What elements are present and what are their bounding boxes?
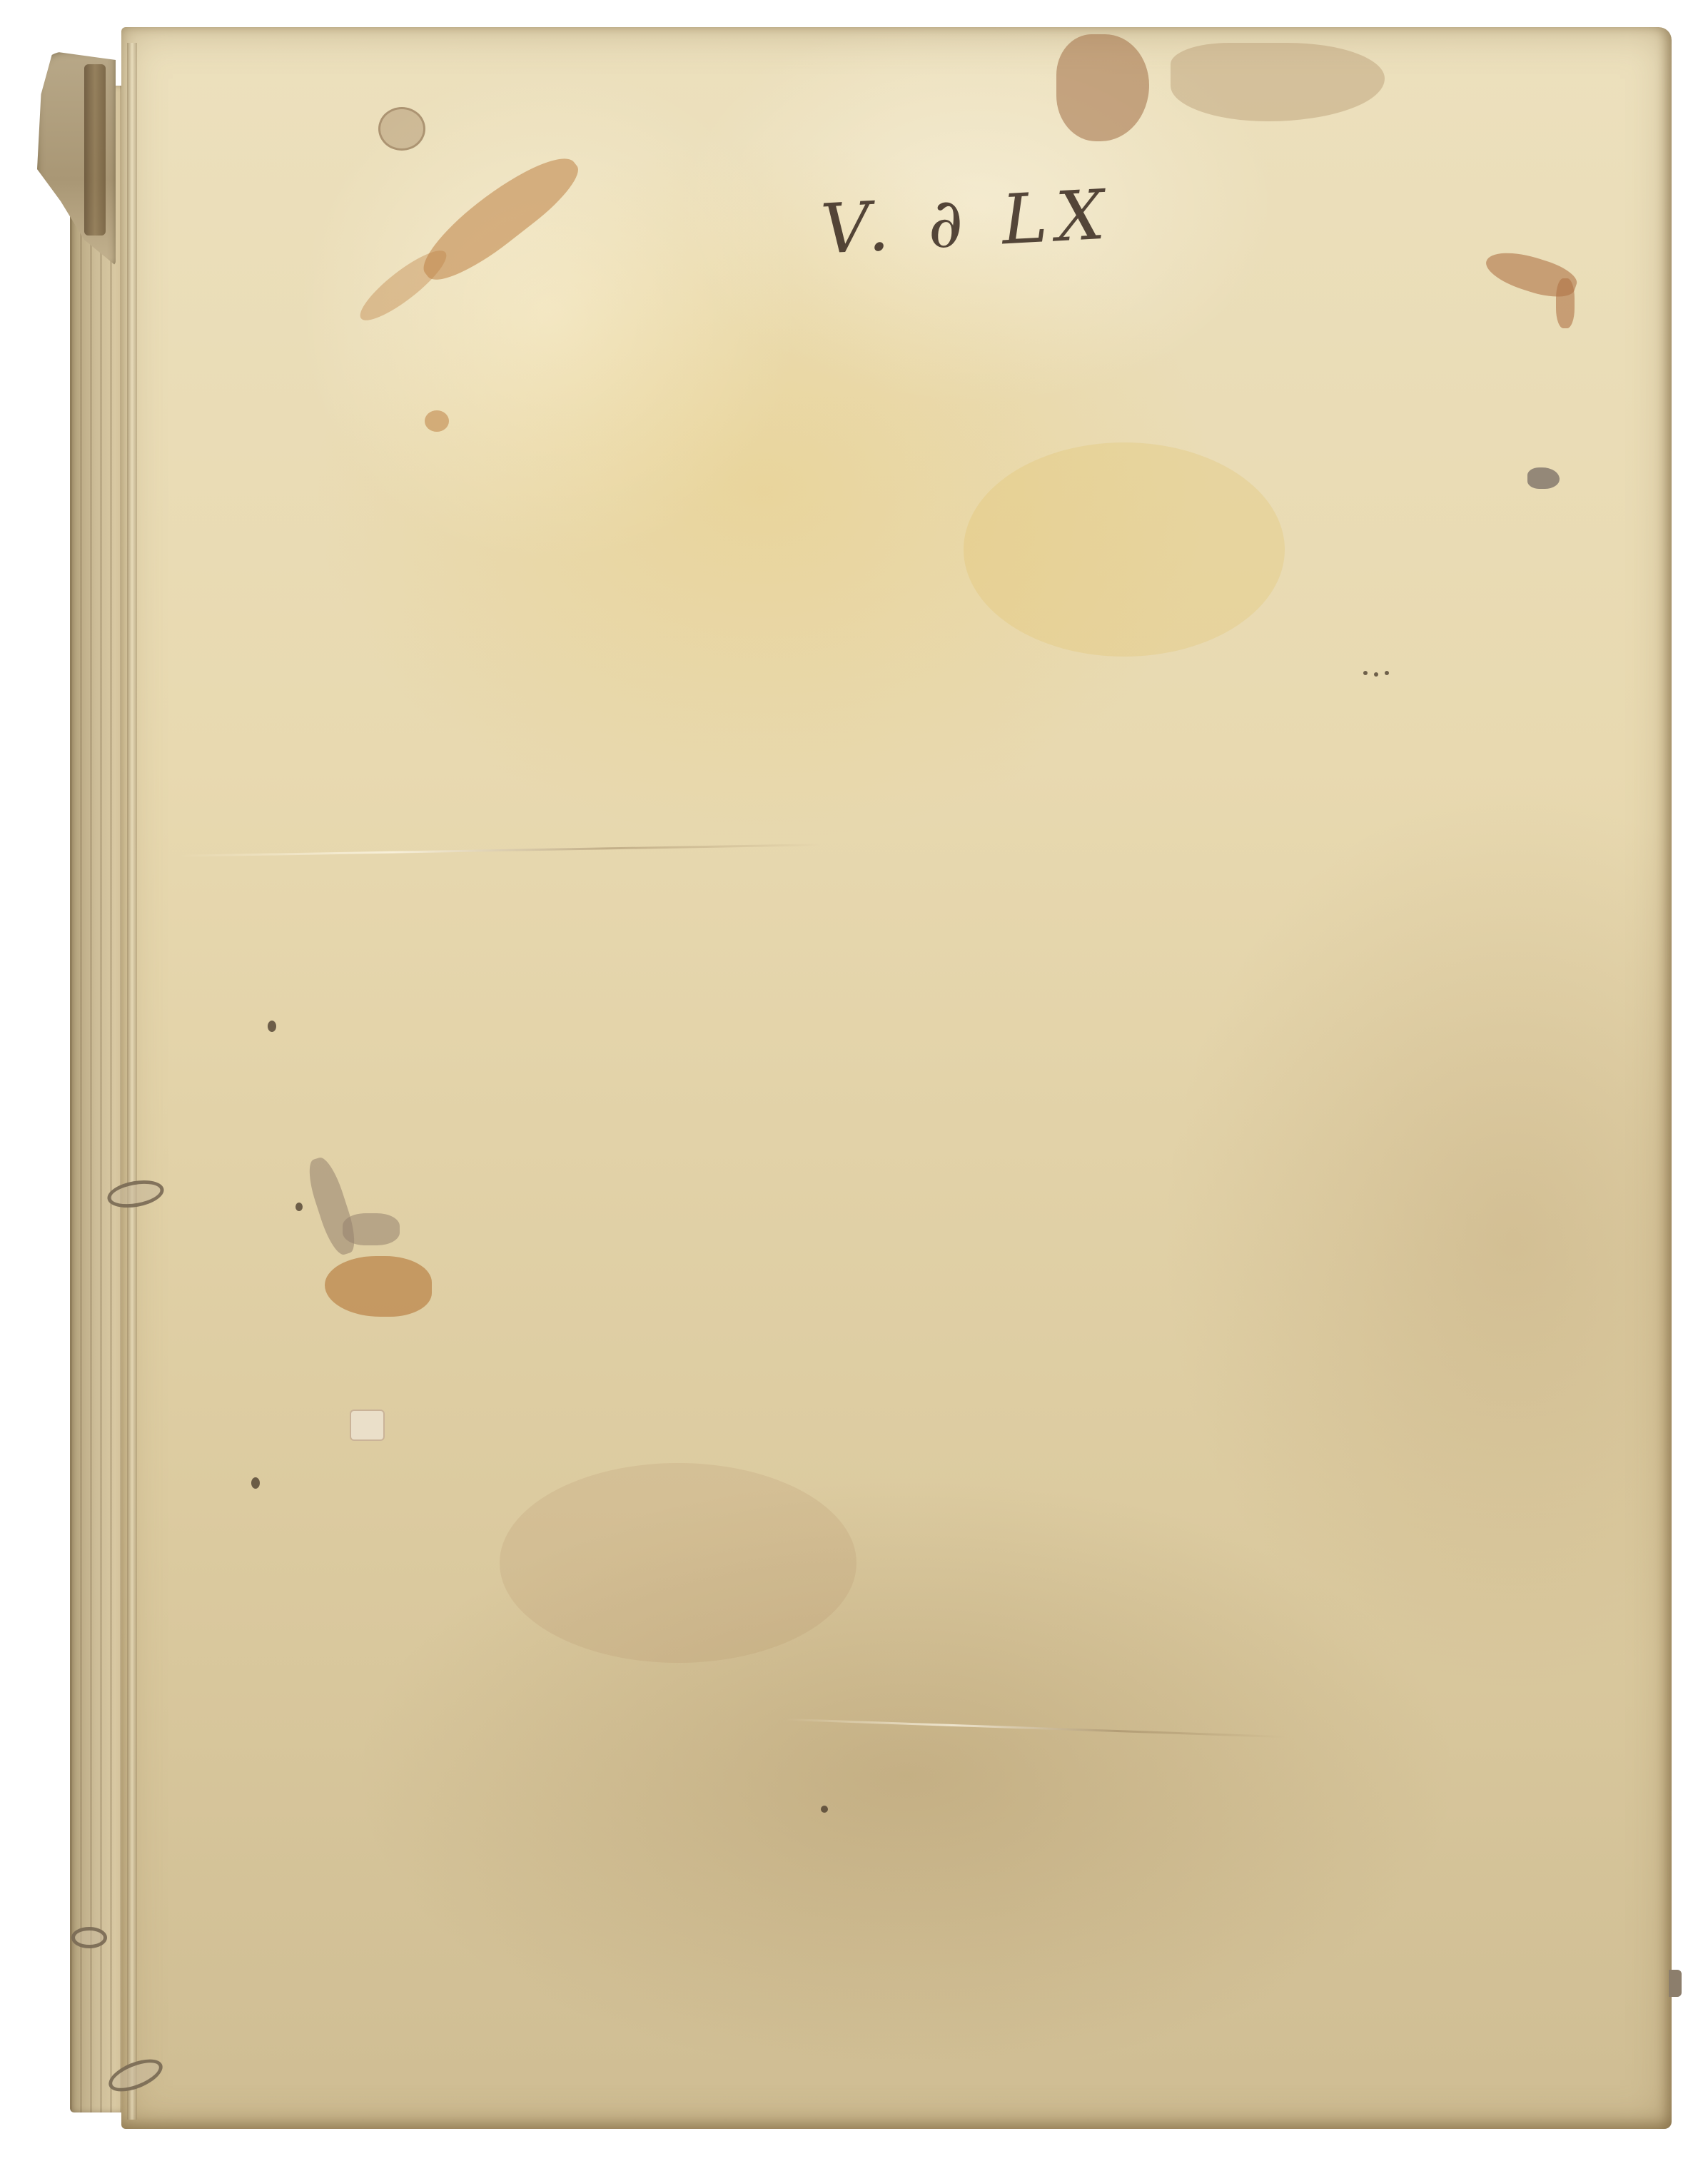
exposed-binding (84, 64, 106, 236)
wormhole (1385, 671, 1389, 675)
wormhole (821, 1806, 828, 1813)
wormhole (1363, 671, 1368, 675)
sewing-loop (71, 1927, 107, 1948)
large-brown-stain (325, 1256, 432, 1317)
frayed-edge-tab (1669, 1970, 1682, 1997)
top-right-drip-stain (1556, 278, 1575, 328)
lower-haze-stain (500, 1463, 856, 1663)
shelf-mark-inscription: V. ∂ LX (819, 174, 1115, 269)
wormhole (295, 1203, 303, 1211)
spine-fold (127, 43, 137, 2120)
patch-mark (350, 1410, 385, 1441)
small-dot-stain (425, 410, 449, 432)
yellow-discoloration (964, 442, 1285, 657)
ring-stain (378, 107, 425, 151)
worm-trail-end (343, 1213, 400, 1245)
ink-smudge (1527, 467, 1560, 489)
vellum-cover (121, 27, 1672, 2129)
photo-scene: V. ∂ LX (0, 0, 1708, 2171)
wormhole (268, 1021, 276, 1032)
wormhole (1374, 672, 1378, 677)
wormhole (251, 1477, 260, 1489)
